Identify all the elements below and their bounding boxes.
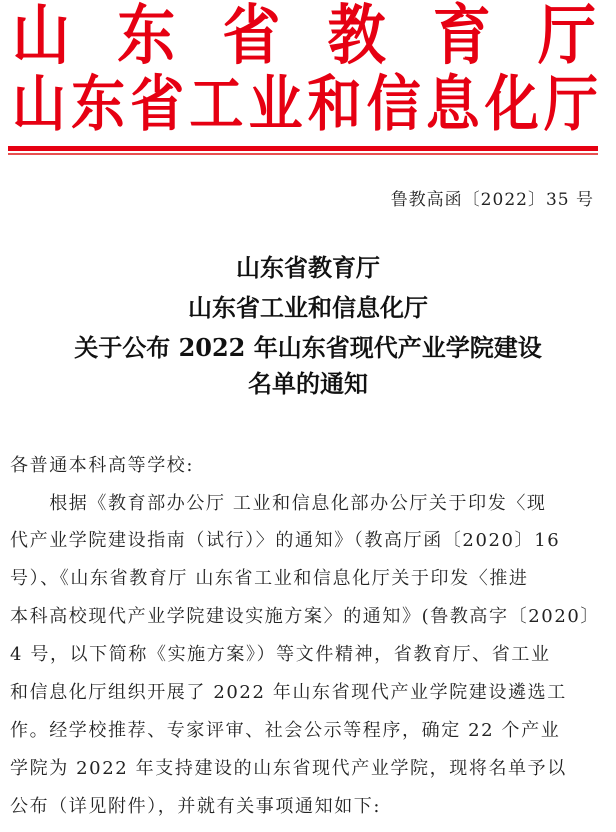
paragraph-line: 和信息化厅组织开展了 2022 年山东省现代产业学院建设遴选工 [10,675,600,711]
letterhead-char: 省 [222,0,280,72]
letterhead-line-2: 山 东 省 工 业 和 信 息 化 厅 [0,70,616,136]
letterhead-char: 和 [308,66,360,140]
letterhead-line-1: 山 东 省 教 育 厅 [0,2,616,68]
red-divider-thick [8,146,598,151]
letterhead-char: 工 [189,66,241,140]
paragraph-line: 作。经学校推荐、专家评审、社会公示等程序，确定 22 个产业 [10,713,600,749]
letterhead-char: 省 [130,66,182,140]
paragraph-line: 代产业学院建设指南（试行）〉的通知》（教高厅函〔2020〕16 [10,523,600,559]
letterhead-char: 厅 [538,0,596,72]
letterhead-char: 化 [485,66,537,140]
salutation: 各普通本科高等学校: [10,448,600,484]
paragraph-line: 根据《教育部办公厅 工业和信息化部办公厅关于印发〈现 [10,486,600,522]
letterhead-char: 信 [367,66,419,140]
letterhead-char: 育 [433,0,491,72]
title-line-2: 山东省工业和信息化厅 [0,288,616,328]
letterhead-char: 厅 [544,66,596,140]
paragraph-line: 4 号，以下简称《实施方案》）等文件精神，省教育厅、省工业 [10,637,600,673]
letterhead-char: 东 [71,66,123,140]
paragraph-line: 公布（详见附件），并就有关事项通知如下: [10,789,600,825]
letterhead-char: 山 [12,66,64,140]
title-line-1: 山东省教育厅 [0,248,616,288]
letterhead-char: 东 [117,0,175,72]
red-divider-thin [8,153,598,155]
title-line-4: 名单的通知 [0,364,616,404]
paragraph-line: 本科高校现代产业学院建设实施方案〉的通知》(鲁教高字〔2020〕 [10,599,600,635]
letterhead-char: 息 [426,66,478,140]
title-line-3: 关于公布 2022 年山东省现代产业学院建设 [0,328,616,368]
letterhead-char: 山 [12,0,70,72]
document-number: 鲁教高函〔2022〕35 号 [391,185,594,210]
paragraph-line: 学院为 2022 年支持建设的山东省现代产业学院，现将名单予以 [10,751,600,787]
paragraph-line: 号）、《山东省教育厅 山东省工业和信息化厅关于印发〈推进 [10,561,600,597]
letterhead-char: 教 [328,0,386,72]
letterhead-char: 业 [248,66,300,140]
